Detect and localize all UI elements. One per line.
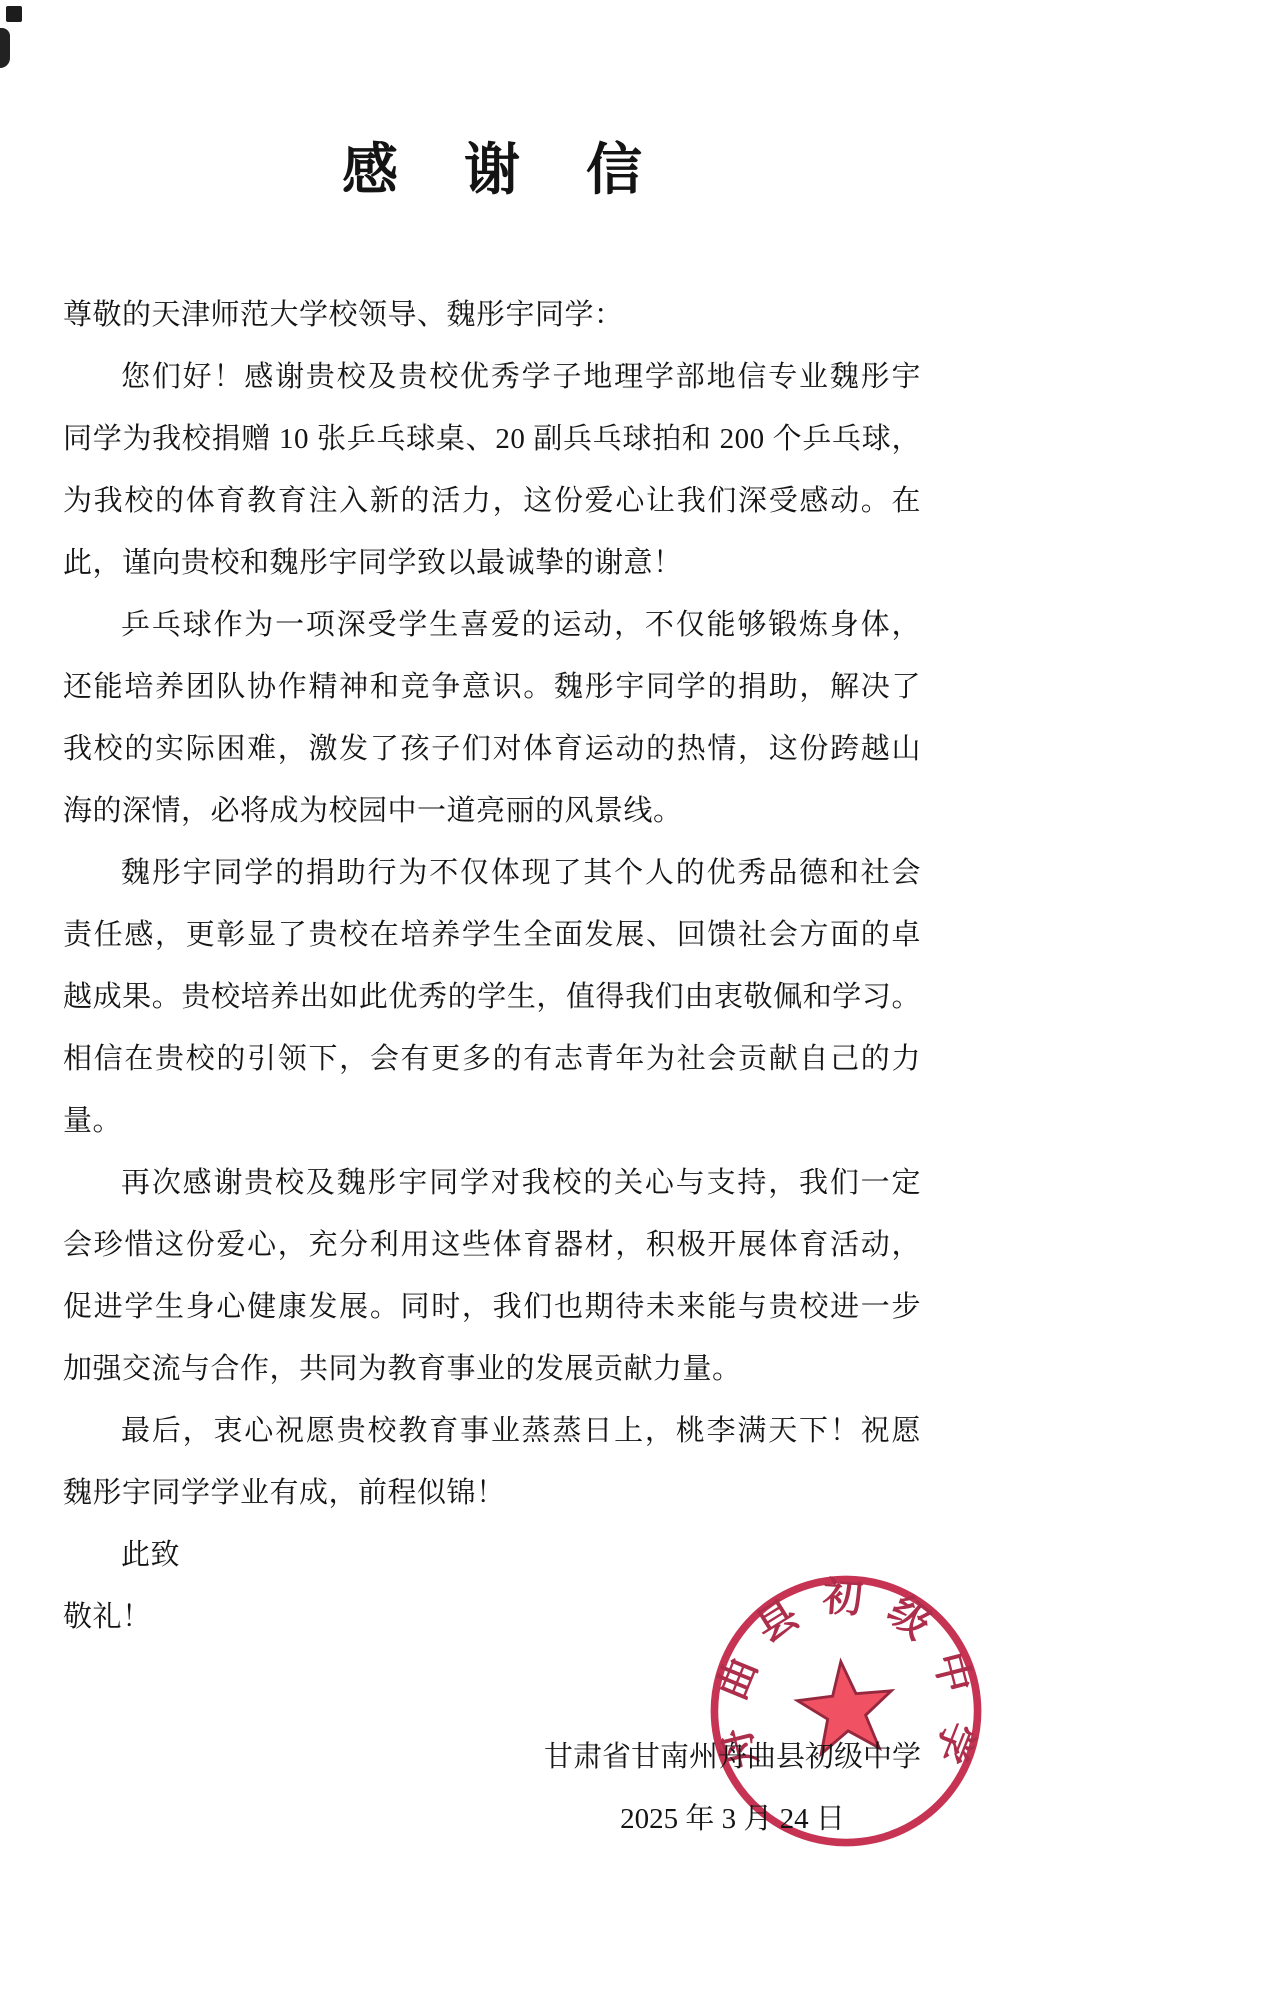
letter-line: 还能培养团队协作精神和竞争意识。魏彤宇同学的捐助，解决了 [63,656,921,718]
letter-line: 我校的实际困难，激发了孩子们对体育运动的热情，这份跨越山 [63,718,921,780]
letter-body: 尊敬的天津师范大学校领导、魏彤宇同学： 您们好！感谢贵校及贵校优秀学子地理学部地… [63,284,921,1648]
letter-line: 促进学生身心健康发展。同时，我们也期待未来能与贵校进一步 [63,1276,921,1338]
letter-line: 您们好！感谢贵校及贵校优秀学子地理学部地信专业魏彤宇 [63,346,921,408]
scan-artifact [0,28,10,68]
letter-line: 量。 [63,1090,921,1152]
letter-line: 会珍惜这份爱心，充分利用这些体育器材，积极开展体育活动， [63,1214,921,1276]
letter-line: 乒乓球作为一项深受学生喜爱的运动，不仅能够锻炼身体， [63,594,921,656]
letter-line: 再次感谢贵校及魏彤宇同学对我校的关心与支持，我们一定 [63,1152,921,1214]
closing-salute-line: 敬礼！ [63,1586,921,1648]
letter-line: 责任感，更彰显了贵校在培养学生全面发展、回馈社会方面的卓 [63,904,921,966]
letter-line: 越成果。贵校培养出如此优秀的学生，值得我们由衷敬佩和学习。 [63,966,921,1028]
salutation-line: 尊敬的天津师范大学校领导、魏彤宇同学： [63,284,921,346]
letter-line: 加强交流与合作，共同为教育事业的发展贡献力量。 [63,1338,921,1400]
signature-line: 甘肃省甘南州舟曲县初级中学 [544,1726,921,1788]
letter-line: 魏彤宇同学的捐助行为不仅体现了其个人的优秀品德和社会 [63,842,921,904]
letter-line: 此，谨向贵校和魏彤宇同学致以最诚挚的谢意！ [63,532,921,594]
letter-line: 相信在贵校的引领下，会有更多的有志青年为社会贡献自己的力 [63,1028,921,1090]
letter-line: 最后，衷心祝愿贵校教育事业蒸蒸日上，桃李满天下！祝愿 [63,1400,921,1462]
closing-respect-line: 此致 [63,1524,921,1586]
scan-artifact [6,6,22,22]
letter-line: 海的深情，必将成为校园中一道亮丽的风景线。 [63,780,921,842]
letter-title: 感 谢 信 [63,126,921,206]
letter-line: 为我校的体育教育注入新的活力，这份爱心让我们深受感动。在 [63,470,921,532]
letter-line: 魏彤宇同学学业有成，前程似锦！ [63,1462,921,1524]
date-line: 2025 年 3 月 24 日 [544,1788,921,1850]
letter-line: 同学为我校捐赠 10 张乒乓球桌、20 副兵乓球拍和 200 个乒乓球， [63,408,921,470]
signature-block: 甘肃省甘南州舟曲县初级中学 2025 年 3 月 24 日 [544,1726,921,1850]
thank-you-letter-page: 感 谢 信 尊敬的天津师范大学校领导、魏彤宇同学： 您们好！感谢贵校及贵校优秀学… [0,0,1283,2000]
